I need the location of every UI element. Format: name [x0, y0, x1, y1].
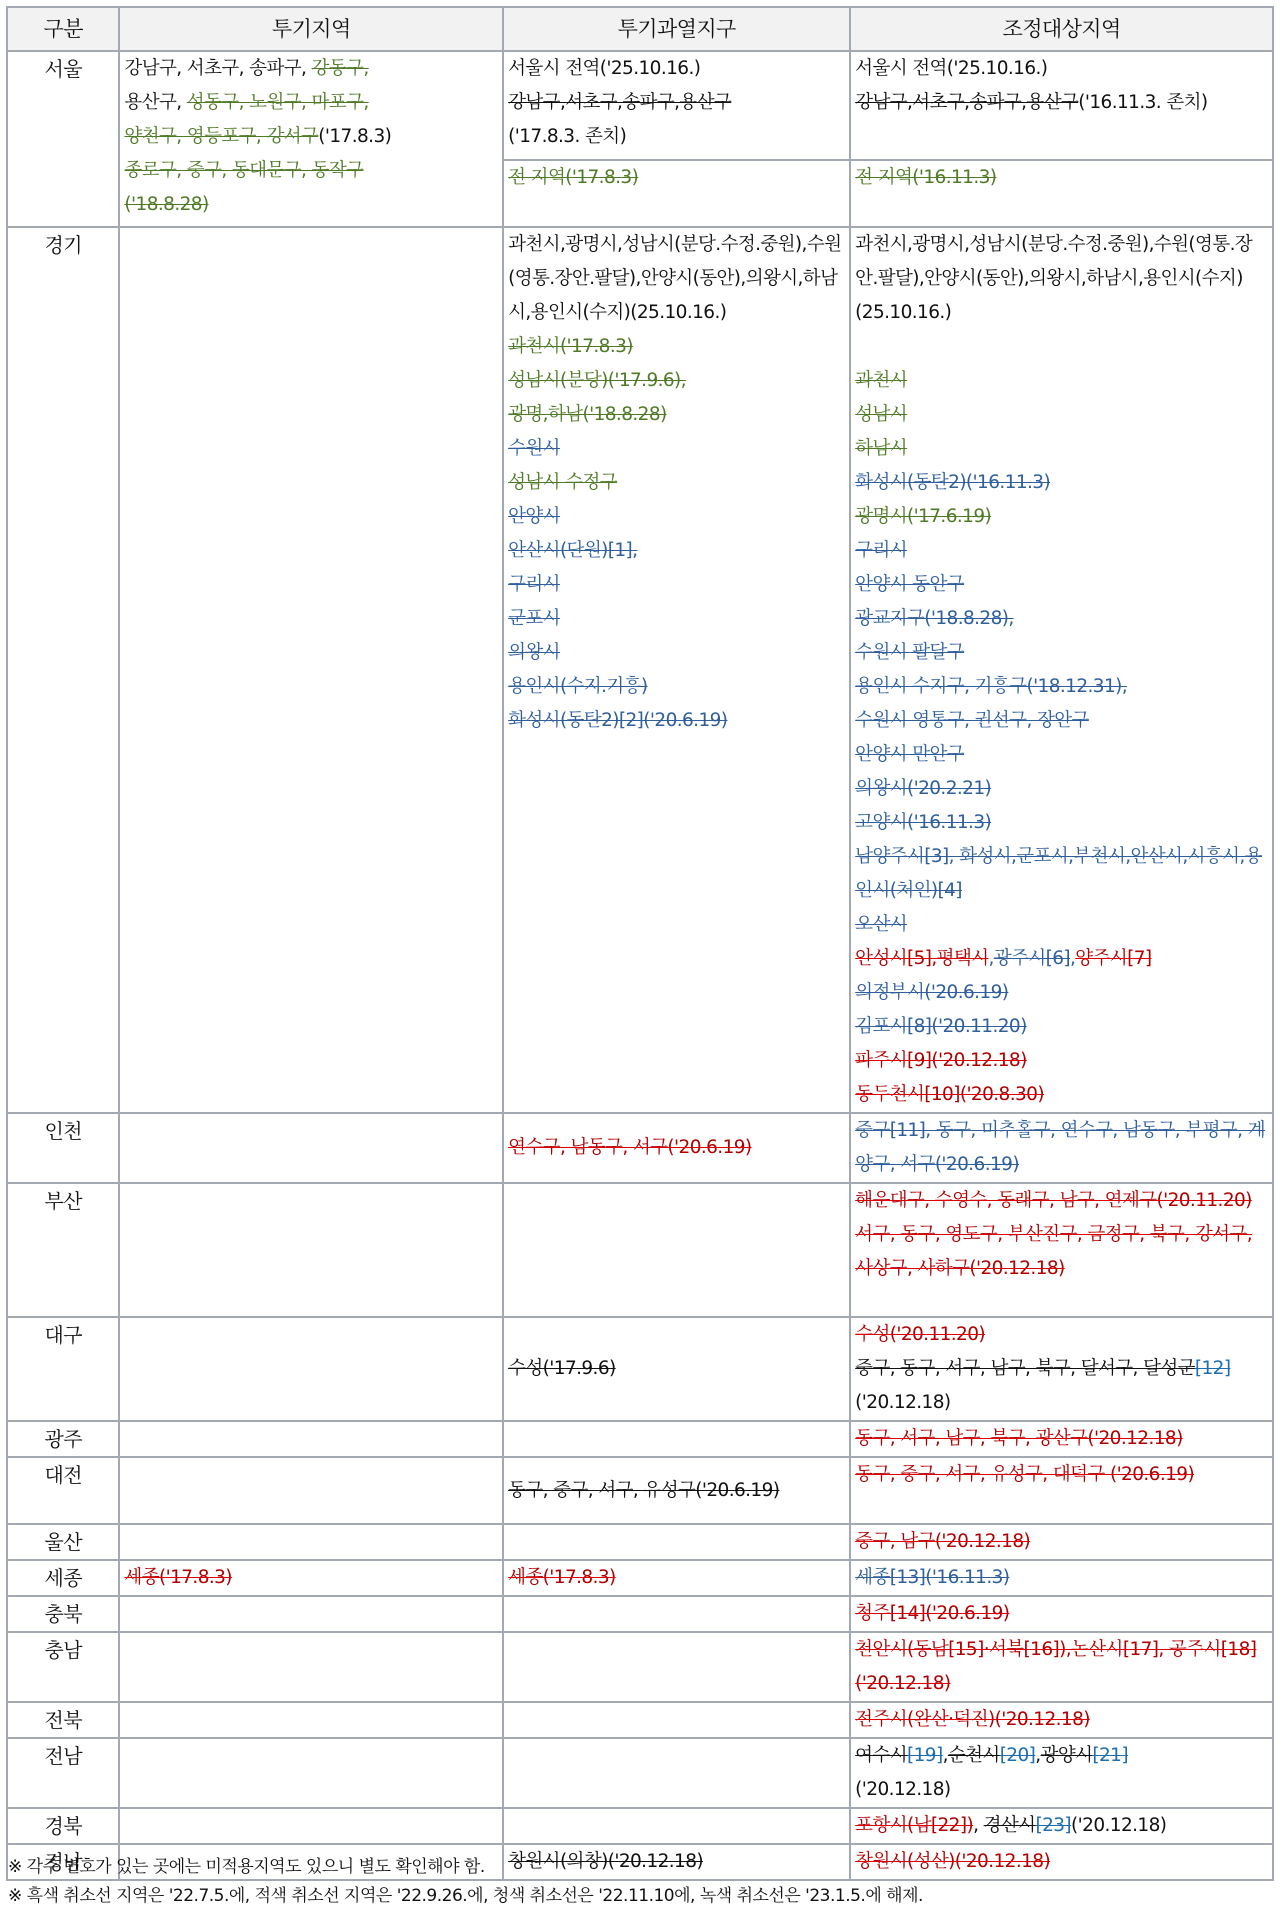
struck-text: 수성('17.9.6): [508, 1352, 845, 1386]
gyeongbuk-adjustment-cell: 포항시(남[22]), 경산시[23]('20.12.18): [850, 1808, 1273, 1844]
gyeongbuk-overheated-cell: [503, 1808, 850, 1844]
struck-text: 구리시: [855, 534, 1268, 568]
struck-text: 성남시 수정구: [508, 466, 845, 500]
chungbuk-adjustment-cell: 청주[14]('20.6.19): [850, 1596, 1273, 1632]
struck-text: 광명,하남('18.8.28): [508, 398, 845, 432]
struck-text: 전 지역('17.8.3): [508, 161, 845, 195]
footnote-link[interactable]: [19]: [907, 1745, 943, 1766]
daejeon-overheated-cell: 동구, 중구, 서구, 유성구('20.6.19): [503, 1457, 850, 1524]
struck-text: 동두천시[10]('20.8.30): [855, 1078, 1268, 1112]
table-row-gyeonggi: 경기 과천시,광명시,성남시(분당.수정.중원),수원(영통.장안.팔달),안양…: [7, 227, 1273, 1113]
header-adjustment-zone: 조정대상지역: [850, 7, 1273, 51]
struck-text: 중구, 동구, 서구, 남구, 북구, 달서구, 달성군: [855, 1358, 1195, 1379]
struck-text: 양주시[7]: [1075, 948, 1151, 969]
struck-text: 과천시('17.8.3): [508, 330, 845, 364]
footnote-link[interactable]: [12]: [1195, 1358, 1231, 1379]
table-row-jeonnam: 전남 여수시[19],순천시[20],광양시[21] ('20.12.18): [7, 1738, 1273, 1808]
struck-text: 여수시: [855, 1745, 907, 1766]
incheon-overheated-cell: 연수구, 남동구, 서구('20.6.19): [503, 1113, 850, 1183]
row-label-gwangju: 광주: [7, 1421, 119, 1457]
chungnam-overheated-cell: [503, 1632, 850, 1702]
footnotes: ※ 각주 번호가 있는 곳에는 미적용지역도 있으니 별도 확인해야 함. ※ …: [8, 1853, 923, 1911]
seoul-adjustment-current: 서울시 전역('25.10.16.) 강남구,서초구,송파구,용산구('16.1…: [850, 51, 1273, 160]
struck-text: 과천시: [855, 364, 1268, 398]
struck-text: 성남시: [855, 398, 1268, 432]
note-footnote-exceptions: ※ 각주 번호가 있는 곳에는 미적용지역도 있으니 별도 확인해야 함.: [8, 1853, 923, 1882]
daegu-speculation-cell: [119, 1317, 503, 1421]
table-row-gwangju: 광주 동구, 서구, 남구, 북구, 광산구('20.12.18): [7, 1421, 1273, 1457]
struck-text: 의정부시('20.6.19): [855, 976, 1268, 1010]
struck-text: 연수구, 남동구, 서구('20.6.19): [508, 1131, 845, 1165]
row-label-sejong: 세종: [7, 1560, 119, 1596]
mixed-line: 안성시[5],평택시,광주시[6],양주시[7]: [855, 942, 1268, 976]
ulsan-adjustment-cell: 중구, 남구('20.12.18): [850, 1524, 1273, 1560]
table-row-incheon: 인천 연수구, 남동구, 서구('20.6.19) 중구[11], 동구, 미추…: [7, 1113, 1273, 1183]
text: ('17.8.3. 존치): [508, 120, 845, 154]
table-row-chungnam: 충남 천안시(동남[15]·서북[16]),논산시[17], 공주시[18]('…: [7, 1632, 1273, 1702]
seoul-speculation-cell: 강남구, 서초구, 송파구, 강동구, 용산구, 성동구, 노원구, 마포구, …: [119, 51, 503, 227]
text: 강남구, 서초구, 송파구,: [124, 58, 311, 79]
jeonnam-overheated-cell: [503, 1738, 850, 1808]
table-row-daejeon: 대전 동구, 중구, 서구, 유성구('20.6.19) 동구, 중구, 서구,…: [7, 1457, 1273, 1524]
table-header-row: 구분 투기지역 투기과열지구 조정대상지역: [7, 7, 1273, 51]
gyeonggi-adjustment-cell: 과천시,광명시,성남시(분당.수정.중원),수원(영통.장안.팔달),안양시(동…: [850, 227, 1273, 1113]
table-row-daegu: 대구 수성('17.9.6) 수성('20.11.20) 중구, 동구, 서구,…: [7, 1317, 1273, 1421]
daegu-adjustment-cell: 수성('20.11.20) 중구, 동구, 서구, 남구, 북구, 달서구, 달…: [850, 1317, 1273, 1421]
text: 과천시,광명시,성남시(분당.수정.중원),수원(영통.장안.팔달),안양시(동…: [855, 228, 1268, 330]
text: ('16.11.3. 존치): [1078, 92, 1207, 113]
date-text: ('20.12.18): [1071, 1815, 1166, 1836]
struck-text: 양천구, 영등포구, 강서구: [124, 126, 318, 147]
sejong-adjustment-cell: 세종[13]('16.11.3): [850, 1560, 1273, 1596]
struck-text: 해운대구, 수영수, 동래구, 남구, 연제구('20.11.20): [855, 1184, 1268, 1218]
table-row-chungbuk: 충북 청주[14]('20.6.19): [7, 1596, 1273, 1632]
row-label-incheon: 인천: [7, 1113, 119, 1183]
gyeonggi-speculation-cell: [119, 227, 503, 1113]
seoul-adjustment-lifted: 전 지역('16.11.3): [850, 160, 1273, 227]
struck-text: 광교지구('18.8.28),: [855, 602, 1268, 636]
struck-text: 광양시: [1041, 1745, 1093, 1766]
gwangju-adjustment-cell: 동구, 서구, 남구, 북구, 광산구('20.12.18): [850, 1421, 1273, 1457]
daegu-overheated-cell: 수성('17.9.6): [503, 1317, 850, 1421]
struck-text: 동구, 중구, 서구, 유성구('20.6.19): [508, 1474, 845, 1508]
jeonbuk-speculation-cell: [119, 1702, 503, 1738]
busan-speculation-cell: [119, 1183, 503, 1317]
struck-text: 군포시: [508, 602, 845, 636]
seoul-overheated-lifted: 전 지역('17.8.3): [503, 160, 850, 227]
gyeonggi-overheated-cell: 과천시,광명시,성남시(분당.수정.중원),수원(영통.장안.팔달),안양시(동…: [503, 227, 850, 1113]
header-speculation-zone: 투기지역: [119, 7, 503, 51]
struck-text: ('18.8.28): [124, 188, 498, 222]
row-label-daejeon: 대전: [7, 1457, 119, 1524]
struck-text: 강남구,서초구,송파구,용산구: [855, 92, 1078, 113]
text: 과천시,광명시,성남시(분당.수정.중원),수원(영통.장안.팔달),안양시(동…: [508, 228, 845, 330]
struck-text: 강남구,서초구,송파구,용산구: [508, 86, 845, 120]
gwangju-speculation-cell: [119, 1421, 503, 1457]
struck-text: 세종[13]('16.11.3): [855, 1561, 1268, 1595]
struck-text: 의왕시: [508, 636, 845, 670]
struck-text: 용인시(수지.기흥): [508, 670, 845, 704]
footnote-link[interactable]: [23]: [1035, 1815, 1071, 1836]
struck-text: 김포시[8]('20.11.20): [855, 1010, 1268, 1044]
date-text: ('17.8.3): [318, 126, 391, 147]
header-overheated-zone: 투기과열지구: [503, 7, 850, 51]
table-row-sejong: 세종 세종('17.8.3) 세종('17.8.3) 세종[13]('16.11…: [7, 1560, 1273, 1596]
struck-text: 수원시 영통구, 권선구, 장안구: [855, 704, 1268, 738]
struck-text: 안성시[5],평택시: [855, 948, 988, 969]
struck-text: 광명시('17.6.19): [855, 500, 1268, 534]
struck-text: 의왕시('20.2.21): [855, 772, 1268, 806]
struck-text: 세종('17.8.3): [124, 1561, 498, 1595]
struck-text: 용인시 수지구, 기흥구('18.12.31),: [855, 670, 1268, 704]
struck-text: 남양주시[3], 화성시,군포시,부천시,안산시,시흥시,용인시(처인)[4]: [855, 840, 1268, 908]
struck-text: 성남시(분당)('17.9.6),: [508, 364, 845, 398]
struck-text: 강동구,: [312, 58, 369, 79]
header-category: 구분: [7, 7, 119, 51]
struck-text: 포항시(남[22]): [855, 1815, 973, 1836]
struck-text: 파주시[9]('20.12.18): [855, 1044, 1268, 1078]
struck-text: 동구, 중구, 서구, 유성구, 대덕구 ('20.6.19): [855, 1458, 1268, 1492]
daejeon-speculation-cell: [119, 1457, 503, 1524]
chungbuk-overheated-cell: [503, 1596, 850, 1632]
table-row-gyeongbuk: 경북 포항시(남[22]), 경산시[23]('20.12.18): [7, 1808, 1273, 1844]
chungbuk-speculation-cell: [119, 1596, 503, 1632]
regulated-areas-table: 구분 투기지역 투기과열지구 조정대상지역 서울 강남구, 서초구, 송파구, …: [6, 6, 1274, 1881]
struck-text: 세종('17.8.3): [508, 1561, 845, 1595]
footnote-link[interactable]: [21]: [1092, 1745, 1128, 1766]
jeonnam-adjustment-cell: 여수시[19],순천시[20],광양시[21] ('20.12.18): [850, 1738, 1273, 1808]
table-row-busan: 부산 해운대구, 수영수, 동래구, 남구, 연제구('20.11.20) 서구…: [7, 1183, 1273, 1317]
row-label-gyeonggi: 경기: [7, 227, 119, 1113]
struck-text: 화성시(동탄2)[2]('20.6.19): [508, 704, 845, 738]
struck-text: 수성('20.11.20): [855, 1318, 1268, 1352]
row-label-daegu: 대구: [7, 1317, 119, 1421]
table-row-seoul: 서울 강남구, 서초구, 송파구, 강동구, 용산구, 성동구, 노원구, 마포…: [7, 51, 1273, 160]
struck-text: 안산시(단원)[1],: [508, 534, 845, 568]
struck-text: 성동구, 노원구, 마포구,: [187, 92, 369, 113]
text: 용산구,: [124, 92, 186, 113]
seoul-overheated-current: 서울시 전역('25.10.16.) 강남구,서초구,송파구,용산구 ('17.…: [503, 51, 850, 160]
busan-adjustment-cell: 해운대구, 수영수, 동래구, 남구, 연제구('20.11.20) 서구, 동…: [850, 1183, 1273, 1317]
struck-text: 종로구, 중구, 동대문구, 동작구: [124, 154, 498, 188]
row-label-ulsan: 울산: [7, 1524, 119, 1560]
jeonbuk-adjustment-cell: 전주시(완산·덕진)('20.12.18): [850, 1702, 1273, 1738]
date-text: ('20.12.18): [855, 1773, 1268, 1807]
note-strikethrough-legend: ※ 흑색 취소선 지역은 '22.7.5.에, 적색 취소선 지역은 '22.9…: [8, 1882, 923, 1911]
jeonbuk-overheated-cell: [503, 1702, 850, 1738]
struck-text: 수원시 팔달구: [855, 636, 1268, 670]
struck-text: 수원시: [508, 432, 845, 466]
row-label-chungbuk: 충북: [7, 1596, 119, 1632]
incheon-speculation-cell: [119, 1113, 503, 1183]
struck-text: 안양시 동안구: [855, 568, 1268, 602]
footnote-link[interactable]: [20]: [1000, 1745, 1036, 1766]
ulsan-speculation-cell: [119, 1524, 503, 1560]
struck-text: 청주[14]('20.6.19): [855, 1597, 1268, 1631]
struck-text: 중구[11], 동구, 미추홀구, 연수구, 남동구, 부평구, 계양구, 서구…: [855, 1114, 1268, 1182]
struck-text: 중구, 남구('20.12.18): [855, 1525, 1268, 1559]
struck-text: 전주시(완산·덕진)('20.12.18): [855, 1703, 1268, 1737]
text: 서울시 전역('25.10.16.): [508, 52, 845, 86]
struck-text: 하남시: [855, 432, 1268, 466]
row-label-gyeongbuk: 경북: [7, 1808, 119, 1844]
gwangju-overheated-cell: [503, 1421, 850, 1457]
struck-text: 광주시[6]: [994, 948, 1070, 969]
struck-text: 동구, 서구, 남구, 북구, 광산구('20.12.18): [855, 1422, 1268, 1456]
row-label-jeonbuk: 전북: [7, 1702, 119, 1738]
row-label-chungnam: 충남: [7, 1632, 119, 1702]
struck-text: 화성시(동탄2)('16.11.3): [855, 466, 1268, 500]
struck-text: 안양시: [508, 500, 845, 534]
sejong-overheated-cell: 세종('17.8.3): [503, 1560, 850, 1596]
table-row-jeonbuk: 전북 전주시(완산·덕진)('20.12.18): [7, 1702, 1273, 1738]
struck-text: 순천시: [948, 1745, 1000, 1766]
struck-text: 천안시(동남[15]·서북[16]),논산시[17], 공주시[18]('20.…: [855, 1633, 1268, 1701]
struck-text: 고양시('16.11.3): [855, 806, 1268, 840]
struck-text: 서구, 동구, 영도구, 부산진구, 금정구, 북구, 강서구, 사상구, 사하…: [855, 1218, 1268, 1286]
struck-text: 전 지역('16.11.3): [855, 161, 1268, 195]
struck-text: 구리시: [508, 568, 845, 602]
table-row-ulsan: 울산 중구, 남구('20.12.18): [7, 1524, 1273, 1560]
sejong-speculation-cell: 세종('17.8.3): [119, 1560, 503, 1596]
jeonnam-speculation-cell: [119, 1738, 503, 1808]
chungnam-speculation-cell: [119, 1632, 503, 1702]
struck-text: 오산시: [855, 908, 1268, 942]
incheon-adjustment-cell: 중구[11], 동구, 미추홀구, 연수구, 남동구, 부평구, 계양구, 서구…: [850, 1113, 1273, 1183]
struck-text: 경산시: [984, 1815, 1036, 1836]
separator: ,: [973, 1815, 984, 1836]
busan-overheated-cell: [503, 1183, 850, 1317]
date-text: ('20.12.18): [855, 1392, 950, 1413]
daejeon-adjustment-cell: 동구, 중구, 서구, 유성구, 대덕구 ('20.6.19): [850, 1457, 1273, 1524]
row-label-jeonnam: 전남: [7, 1738, 119, 1808]
struck-text: 안양시 만안구: [855, 738, 1268, 772]
ulsan-overheated-cell: [503, 1524, 850, 1560]
row-label-seoul: 서울: [7, 51, 119, 227]
gyeongbuk-speculation-cell: [119, 1808, 503, 1844]
chungnam-adjustment-cell: 천안시(동남[15]·서북[16]),논산시[17], 공주시[18]('20.…: [850, 1632, 1273, 1702]
row-label-busan: 부산: [7, 1183, 119, 1317]
text: 서울시 전역('25.10.16.): [855, 52, 1268, 86]
